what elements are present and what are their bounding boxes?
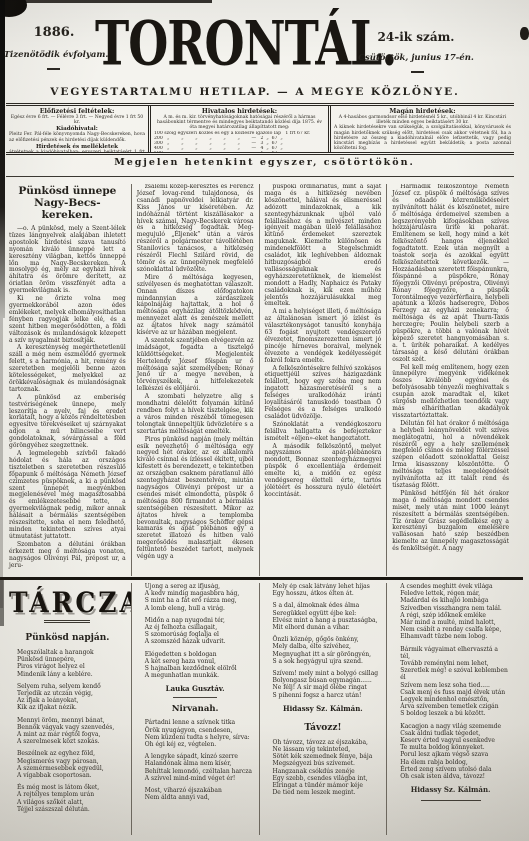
poem-stanza: Bármik vágyaimat elhervasztá a tél, Tová… — [400, 646, 509, 718]
lead-article: Pünkösd ünnepe Nagy-Becs- kereken. —o. A… — [8, 184, 514, 576]
article-paragraph: Mire ő méltósága kegyesen, szívélyesen é… — [137, 275, 254, 337]
lead-column-3: püspöki ordinariatus, mint a saját maga … — [259, 184, 387, 576]
article-paragraph: Harmadik felköszöntője Németh József cz.… — [392, 184, 509, 364]
scan-artifact-right-mark — [520, 27, 529, 40]
article-paragraph: —o. A pünkösd, mely a Szent-lélek tüzes … — [9, 226, 126, 295]
official-ads-intro: A m. és m. kir. törvényhatóságoknak ható… — [154, 115, 325, 131]
tarcza-ornament — [44, 620, 90, 623]
private-ads-text: A kiknek hirdetésekre van szükségük, a s… — [334, 125, 511, 151]
article-paragraph: Szombaton a délutáni órákban érkezett me… — [9, 542, 126, 570]
rate-table-row: 100 szóig egyszeri közlés és egy a közlé… — [154, 131, 325, 136]
poem-stanza: Oh távozz, távozz az éjszakába, Ne lássa… — [273, 739, 382, 797]
poem6-body: A csendes meghitt évek világa Feledve le… — [392, 583, 509, 780]
private-ads-box: Magán hirdetések: A 4-hasábos garmondsor… — [328, 106, 514, 152]
section-divider-rule — [0, 577, 523, 580]
info-strip: Előfizetési feltételek: Egész évre 6 frt… — [6, 103, 514, 155]
poem-stanza: Mely ép csak látvány lehet híjas Egy hos… — [273, 583, 382, 597]
article-paragraph: Ki ne őrizte volna meg gyermekkorából az… — [9, 296, 126, 344]
article-paragraph: püspöki ordinariatus, mint a saját maga … — [265, 184, 382, 308]
poem-stanza: S a dal, álmoknak édes álma Seregükkel e… — [273, 602, 382, 631]
poem5-title: Távozz! — [265, 723, 382, 733]
masthead-title: TORONTÁL. — [95, 8, 385, 79]
masthead-issue-number: 24-ik szám. — [364, 30, 468, 44]
private-ads-title: Magán hirdetések: — [334, 108, 511, 115]
tarcza-section: TÁRCZA. Pünkösd napján. Megszólaltak a h… — [8, 583, 514, 835]
private-ads-intro: A 4-hasábos garmondsor első hirdetésnél … — [334, 115, 511, 125]
article-paragraph: Délután fél hat órakor ő méltósága a hel… — [392, 421, 509, 490]
scan-artifact-left-strip-faint — [0, 318, 3, 608]
poem6-signature: Hidassy Sz. Kálmán. — [392, 785, 509, 794]
poem-stanza: Szívem! mely mint a bolygó csillag Bolyo… — [273, 670, 382, 699]
subscription-rates: Egész évre 6 frt. — Félévre 3 frt. — Neg… — [9, 115, 145, 125]
lead-column-2-text: zsálemi közép-keresztes és Ferencz Józse… — [137, 184, 254, 561]
masthead-date: Csütörtök, junius 17-én. — [352, 53, 480, 63]
article-paragraph: A szombati helyzetre alig s mondhatni dé… — [137, 394, 254, 435]
lead-column-2: zsálemi közép-keresztes és Ferencz Józse… — [131, 184, 259, 576]
poem1-body: Megszólaltak a harangok Pünkösd ünnepére… — [9, 649, 126, 813]
frequency-rule — [6, 176, 514, 177]
poem2-body: Ujong a sereg az ifjuság, A kedv mindig … — [137, 583, 254, 679]
lead-column-4: Harmadik felköszöntője Németh József cz.… — [386, 184, 514, 576]
article-paragraph: A második felköszöntő, melyet nagyszámos… — [265, 444, 382, 499]
poem-stanza: Önzli köznép, gőgös önkény, Mely dalba, … — [273, 636, 382, 665]
frequency-line: Megjelen hetenkint egyszer, csötörtökön. — [0, 157, 529, 168]
poem5-body: Oh távozz, távozz az éjszakába, Ne lássa… — [265, 739, 382, 797]
poem-stanza: Kacagjon a nagy világ szememde Csak áldn… — [400, 723, 509, 781]
article-paragraph: A felköszöntésekre felhívó szokásos etiq… — [265, 366, 382, 421]
masthead-subtitle: VEGYESTARTALMU HETILAP. — A MEGYE KÖZLÖN… — [30, 86, 480, 98]
lead-column-1-text: —o. A pünkösd, mely a Szent-lélek tüzes … — [9, 226, 126, 569]
article-paragraph: Szónoklatát a vendégkoszoru felállva hal… — [265, 422, 382, 443]
tarcza-column-1: TÁRCZA. Pünkösd napján. Megszólaltak a h… — [8, 583, 131, 835]
article-paragraph: zsálemi közép-keresztes és Ferencz Józse… — [137, 184, 254, 274]
article-paragraph: A legmelegebb szívből fakadó hódolat és … — [9, 451, 126, 541]
lead-headline-line1: Pünkösd ünnepe Nagy-Becs- — [18, 185, 116, 209]
masthead-right-dash — [411, 71, 424, 73]
lead-column-1: Pünkösd ünnepe Nagy-Becs- kereken. —o. A… — [8, 184, 131, 576]
poem-stanza: Selyem ruha, selyem kendő Terjedik az ut… — [17, 683, 126, 712]
article-paragraph: Piros pünkösd napján (mely méltán esik n… — [137, 437, 254, 561]
article-paragraph: A kereszténység megérthetetlenül száll a… — [9, 345, 126, 393]
rate-table-row: 500 „ „ „ „ „ „ — 5 „ 67 „ — [154, 151, 325, 152]
poem-stanza: Most, viharzó éjszakában Nem áldta annyi… — [145, 787, 254, 801]
poem-stanza: Beszélnek az egyhez föld, Megismerés vag… — [17, 750, 126, 779]
lead-headline-line2: kereken. — [42, 209, 93, 221]
poem-stanza: Midőn a nap nyugodni tér, Az éj felhozta… — [145, 617, 254, 646]
lead-column-3-text: püspöki ordinariatus, mint a saját maga … — [265, 184, 382, 499]
publisher-office-text: Pleitz Fer. Pál-féle könyvnyomda Nagy-Be… — [9, 132, 145, 142]
lead-headline: Pünkösd ünnepe Nagy-Becs- kereken. — [9, 185, 126, 221]
subscription-title: Előfizetési feltételek: — [9, 108, 145, 115]
poem-stanza: Megszólaltak a harangok Pünkösd ünnepére… — [17, 649, 126, 678]
poem-stanza: Elégedetten s boldogan A két sereg haza … — [145, 651, 254, 680]
official-ads-title: Hivatalos hirdetések: — [154, 108, 325, 115]
tarcza-logo: TÁRCZA. — [9, 586, 126, 618]
tarcza-column-2: Ujong a sereg az ifjuság, A kedv mindig … — [131, 583, 259, 835]
tarcza-column-4: A csendes meghitt évek világa Feledve le… — [386, 583, 514, 835]
official-ads-rate-table: 100 szóig egyszeri közlés és egy a közlé… — [154, 131, 325, 152]
poem3-title: Nirvanah. — [137, 704, 254, 714]
poem-divider-rule — [173, 697, 217, 698]
article-paragraph: A pünkösd az emberiség testvériségének ü… — [9, 395, 126, 450]
article-paragraph: A szentek szentjében elvégezvén az imáds… — [137, 338, 254, 393]
subscription-box: Előfizetési feltételek: Egész évre 6 frt… — [6, 106, 148, 152]
poem3-body: Pártadni lenne a szívnek titka Örök nyug… — [137, 719, 254, 801]
article-paragraph: A mi a helyiséget illeti, ő méltósága az… — [265, 309, 382, 364]
scan-artifact-top-bar — [0, 0, 212, 3]
poem4-body: Mely ép csak látvány lehet híjas Egy hos… — [265, 583, 382, 699]
article-paragraph: Pünkösd hétfőjén fél hét órakor maga ő m… — [392, 491, 509, 553]
tarcza-column-3: Mely ép csak látvány lehet híjas Egy hos… — [259, 583, 387, 835]
newspaper-page: 1886. Tizenötödik évfolyam. TORONTÁL. 24… — [0, 0, 529, 841]
poem-stanza: A csendes meghitt évek világa Feledve le… — [400, 583, 509, 641]
poem-stanza: A lengyke sápadt, kínzó szerre Halandóna… — [145, 753, 254, 782]
lead-column-4-text: Harmadik felköszöntője Németh József cz.… — [392, 184, 509, 553]
article-paragraph: Fel kell még említenem, hogy ezen ünnepé… — [392, 365, 509, 420]
poem-stanza: Pártadni lenne a szívnek titka Örök nyug… — [145, 719, 254, 748]
poem2-signature: Lauka Gusztáv. — [137, 684, 254, 693]
poem-stanza: És még most is látom őket, A rejtélyes t… — [17, 784, 126, 813]
scan-artifact-left-mark — [0, 580, 4, 626]
ads-supplements-text: átvétetnek a kiadóhivatalban; egyszeri b… — [9, 150, 145, 152]
official-ads-box: Hivatalos hirdetések: A m. és m. kir. tö… — [148, 106, 328, 152]
masthead-left-dash — [47, 68, 60, 70]
masthead-year: 1886. — [18, 25, 90, 40]
poem-stanza: Ujong a sereg az ifjuság, A kedv mindig … — [145, 583, 254, 612]
poem4-signature: Hidassy Sz. Kálmán. — [265, 704, 382, 713]
poem1-title: Pünkösd napján. — [9, 633, 126, 643]
poem-stanza: Mennyi öröm, mennyi bánat, Bennök vágyak… — [17, 717, 126, 746]
end-divider-rule — [421, 800, 481, 801]
